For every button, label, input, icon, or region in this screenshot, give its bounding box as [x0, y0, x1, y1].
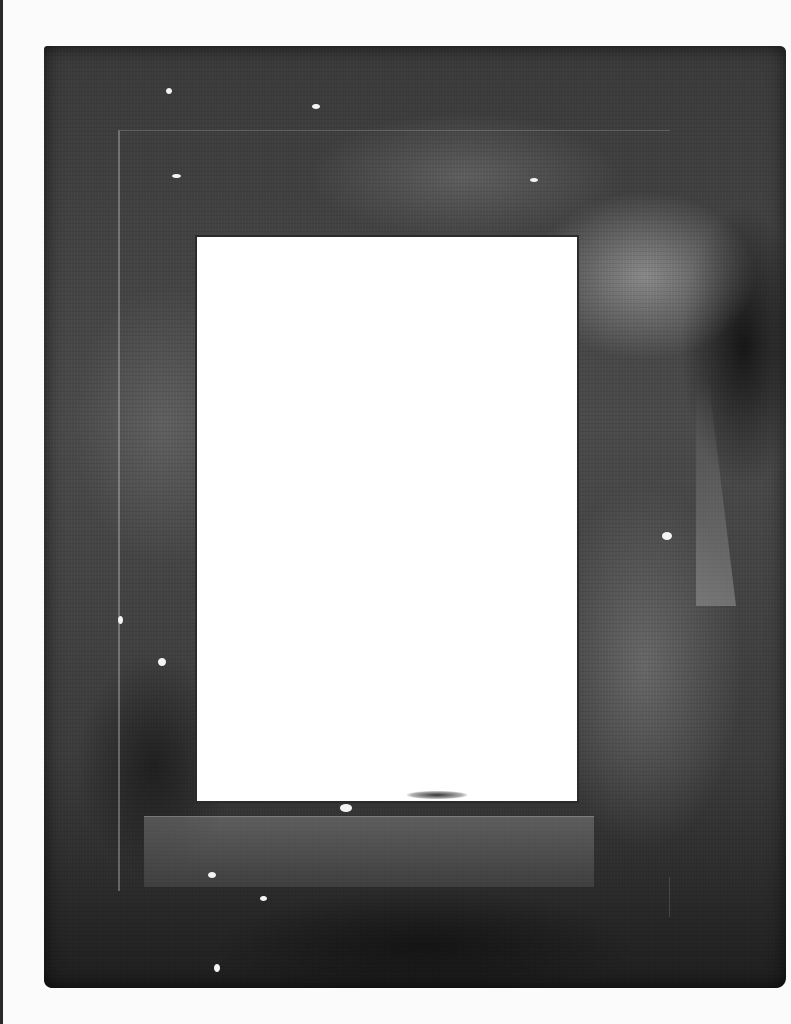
- scan-left-edge: [0, 0, 3, 1024]
- dust-speck: [662, 532, 672, 540]
- window-hairline: [669, 877, 670, 917]
- dust-speck: [158, 658, 166, 666]
- dust-speck: [172, 174, 181, 178]
- dust-speck: [208, 872, 216, 878]
- dust-speck: [166, 88, 172, 94]
- dust-speck: [340, 804, 352, 812]
- window-smudge: [407, 791, 467, 799]
- dust-speck: [118, 616, 123, 624]
- dust-speck: [530, 178, 538, 182]
- dust-speck: [312, 104, 320, 109]
- blank-window: [197, 237, 577, 801]
- dust-speck: [214, 964, 220, 972]
- dust-speck: [260, 896, 267, 901]
